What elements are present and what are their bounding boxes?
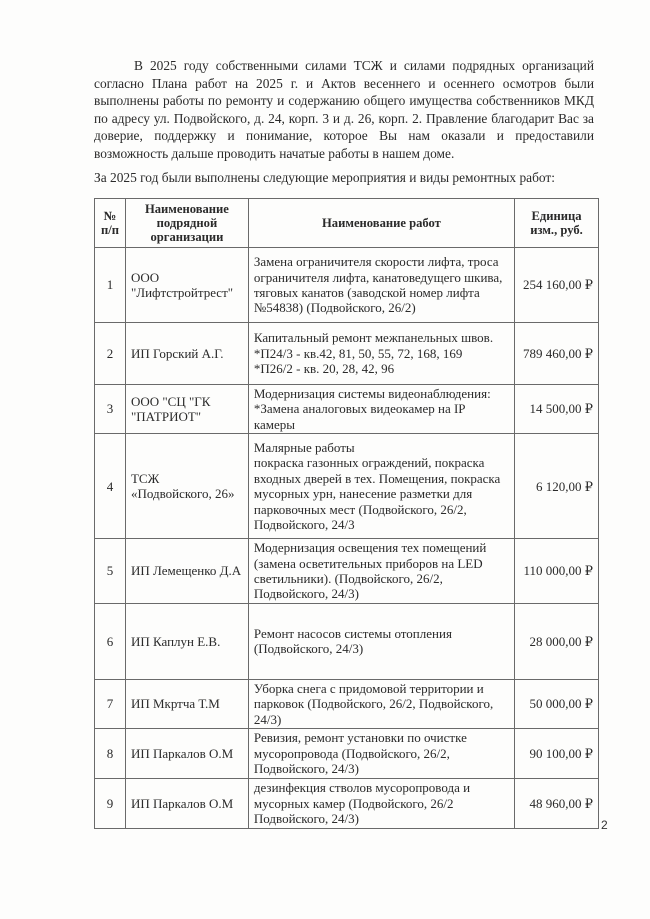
cost-amount: 14 500,00 ₽ <box>515 385 599 434</box>
work-line: дезинфекция стволов мусоропровода и мусо… <box>254 780 509 826</box>
table-header-row: № п/п Наименование подрядной организации… <box>95 199 599 248</box>
intro-paragraph: В 2025 году собственными силами ТСЖ и си… <box>94 57 594 163</box>
work-line: Ремонт насосов системы отопления (Подвой… <box>254 626 509 657</box>
contractor-name: ИП Каплун Е.В. <box>125 603 248 679</box>
row-number: 7 <box>95 679 126 728</box>
works-table: № п/п Наименование подрядной организации… <box>94 198 599 829</box>
work-line: *П24/3 - кв.42, 81, 50, 55, 72, 168, 169 <box>254 346 509 361</box>
table-row: 9ИП Паркалов О.Мдезинфекция стволов мусо… <box>95 779 599 829</box>
contractor-name: ИП Мкртча Т.М <box>125 679 248 728</box>
work-description: Замена ограничителя скорости лифта, трос… <box>248 248 514 323</box>
work-line: Замена ограничителя скорости лифта, трос… <box>254 254 509 316</box>
table-row: 1ООО "Лифтстройтрест"Замена ограничителя… <box>95 248 599 323</box>
cost-amount: 6 120,00 ₽ <box>515 434 599 539</box>
header-work: Наименование работ <box>248 199 514 248</box>
table-row: 3ООО "СЦ "ГК "ПАТРИОТ"Модернизация систе… <box>95 385 599 434</box>
header-sum: Единица изм., руб. <box>515 199 599 248</box>
row-number: 1 <box>95 248 126 323</box>
work-line: покраска газонных ограждений, покраска в… <box>254 455 509 532</box>
cost-amount: 254 160,00 ₽ <box>515 248 599 323</box>
row-number: 5 <box>95 539 126 604</box>
header-num: № п/п <box>95 199 126 248</box>
work-description: Уборка снега с придомовой территории и п… <box>248 679 514 728</box>
table-row: 4ТСЖ «Подвойского, 26»Малярные работыпок… <box>95 434 599 539</box>
work-line: Малярные работы <box>254 440 509 455</box>
works-table-body: 1ООО "Лифтстройтрест"Замена ограничителя… <box>95 248 599 829</box>
contractor-name: ИП Паркалов О.М <box>125 779 248 829</box>
contractor-name: ИП Паркалов О.М <box>125 729 248 779</box>
table-row: 7ИП Мкртча Т.МУборка снега с придомовой … <box>95 679 599 728</box>
work-description: Модернизация системы видеонаблюдения:*За… <box>248 385 514 434</box>
contractor-name: ООО "Лифтстройтрест" <box>125 248 248 323</box>
work-description: Модернизация освещения тех помещений (за… <box>248 539 514 604</box>
work-description: Капитальный ремонт межпанельных швов.*П2… <box>248 323 514 385</box>
table-row: 8ИП Паркалов О.МРевизия, ремонт установк… <box>95 729 599 779</box>
works-lead-sentence: За 2025 год были выполнены следующие мер… <box>94 169 555 186</box>
table-row: 6ИП Каплун Е.В.Ремонт насосов системы от… <box>95 603 599 679</box>
work-line: Модернизация освещения тех помещений (за… <box>254 540 509 602</box>
cost-amount: 48 960,00 ₽ <box>515 779 599 829</box>
contractor-name: ТСЖ «Подвойского, 26» <box>125 434 248 539</box>
cost-amount: 28 000,00 ₽ <box>515 603 599 679</box>
row-number: 6 <box>95 603 126 679</box>
table-row: 5ИП Лемещенко Д.АМодернизация освещения … <box>95 539 599 604</box>
work-description: дезинфекция стволов мусоропровода и мусо… <box>248 779 514 829</box>
cost-amount: 110 000,00 ₽ <box>515 539 599 604</box>
row-number: 3 <box>95 385 126 434</box>
row-number: 2 <box>95 323 126 385</box>
row-number: 8 <box>95 729 126 779</box>
contractor-name: ИП Горский А.Г. <box>125 323 248 385</box>
page-number: 2 <box>601 818 608 832</box>
work-description: Ревизия, ремонт установки по очистке мус… <box>248 729 514 779</box>
work-description: Ремонт насосов системы отопления (Подвой… <box>248 603 514 679</box>
work-line: Модернизация системы видеонаблюдения: <box>254 386 509 401</box>
table-row: 2ИП Горский А.Г.Капитальный ремонт межпа… <box>95 323 599 385</box>
work-line: *Замена аналоговых видеокамер на IP каме… <box>254 401 509 432</box>
cost-amount: 50 000,00 ₽ <box>515 679 599 728</box>
contractor-name: ООО "СЦ "ГК "ПАТРИОТ" <box>125 385 248 434</box>
row-number: 9 <box>95 779 126 829</box>
work-line: Ревизия, ремонт установки по очистке мус… <box>254 730 509 776</box>
work-description: Малярные работыпокраска газонных огражде… <box>248 434 514 539</box>
work-line: Капитальный ремонт межпанельных швов. <box>254 330 509 345</box>
cost-amount: 90 100,00 ₽ <box>515 729 599 779</box>
contractor-name: ИП Лемещенко Д.А <box>125 539 248 604</box>
header-org: Наименование подрядной организации <box>125 199 248 248</box>
work-line: Уборка снега с придомовой территории и п… <box>254 681 509 727</box>
document-page: В 2025 году собственными силами ТСЖ и си… <box>0 0 650 919</box>
work-line: *П26/2 - кв. 20, 28, 42, 96 <box>254 361 509 376</box>
row-number: 4 <box>95 434 126 539</box>
cost-amount: 789 460,00 ₽ <box>515 323 599 385</box>
